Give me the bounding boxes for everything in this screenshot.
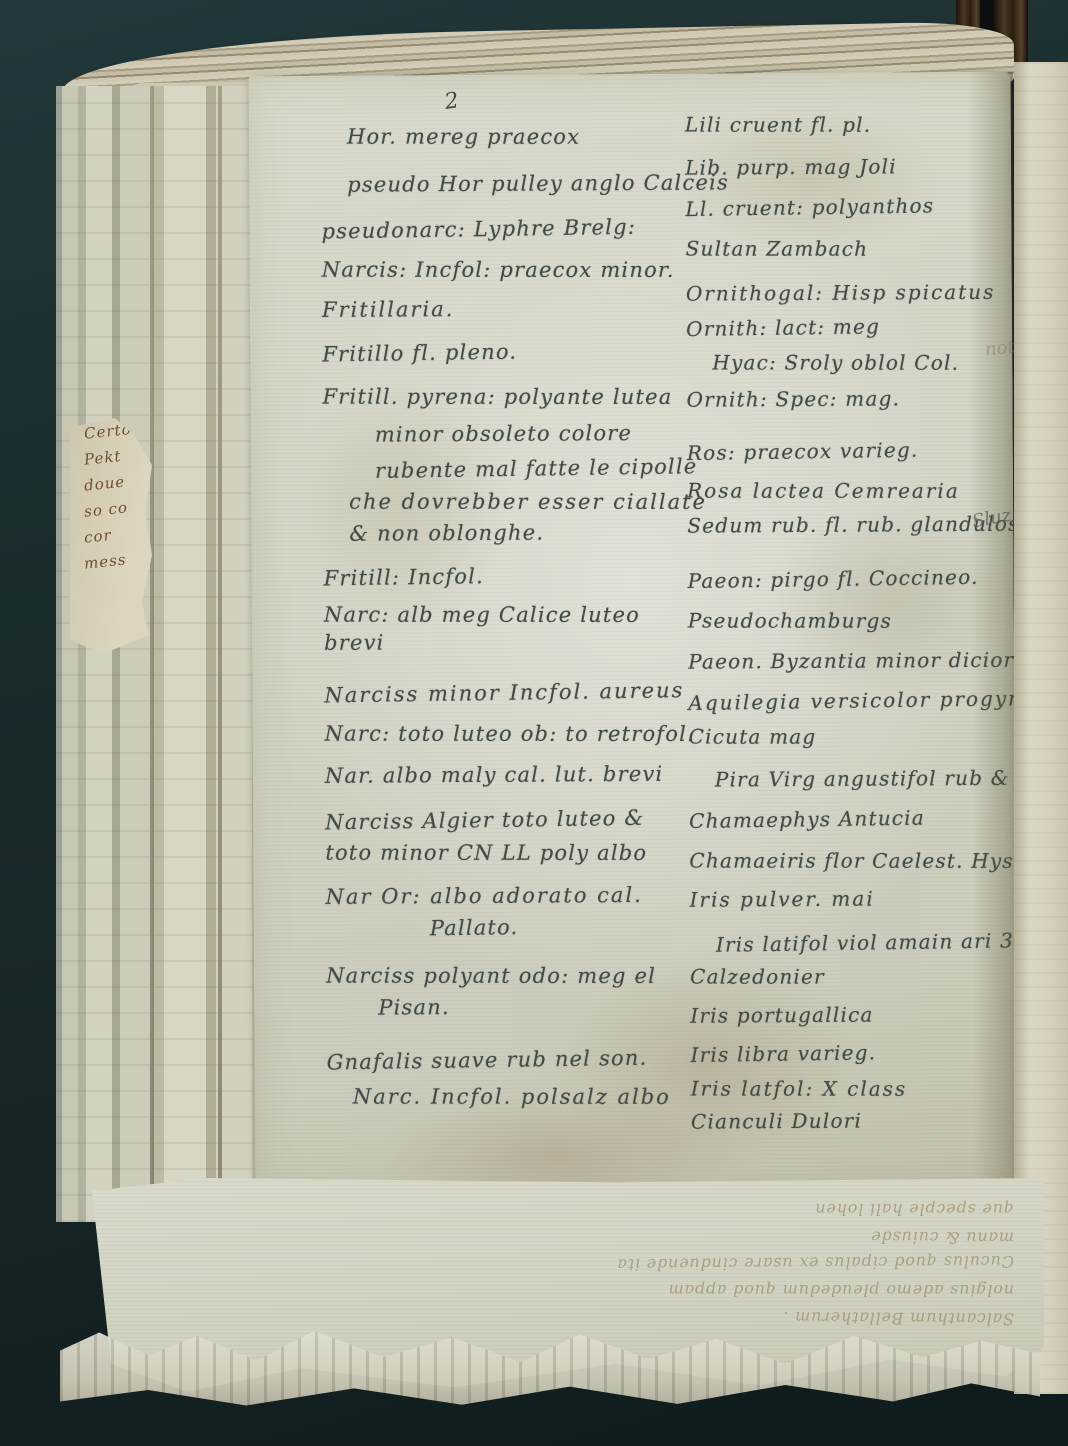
manuscript-line: Iris latifol viol amain ari 3 [716, 922, 1011, 962]
manuscript-line: pseudo Hor pulley anglo Calceis [347, 165, 681, 204]
manuscript-line: Cianculi Dulori [691, 1102, 1011, 1140]
manuscript-line: Ornithogal: Hisp spicatus [686, 274, 1006, 312]
manuscript-line: Ll. cruent: polyanthos [685, 186, 1005, 227]
torn-fragment: CertoPektdoueso cocormess [70, 418, 152, 654]
manuscript-line: Narc: toto luteo ob: to retrofol. [325, 716, 685, 753]
manuscript-line: Iris portugallica [690, 996, 1010, 1034]
manuscript-line: Narc: alb meg Calice luteo [324, 597, 684, 634]
manuscript-line: Gnafalis suave rub nel son. [326, 1039, 687, 1081]
manuscript-line: Pira Virg angustifol rub & alb [715, 760, 1009, 798]
edge-ink-mark: not [984, 337, 1016, 361]
manuscript-line: Iris libra varieg. [690, 1032, 1010, 1073]
left-page-edges [56, 86, 282, 1222]
manuscript-line: Fritill: Incfol. [323, 555, 684, 597]
verso-line: nolgius ademo pleudedum quod appam [544, 1277, 1014, 1304]
verso-line: Salcanthum Bellatherum . [544, 1302, 1014, 1332]
main-page: 2 Hor. mereg praecoxpseudo Hor pulley an… [249, 72, 1018, 1199]
manuscript-photo: CertoPektdoueso cocormess 2 Hor. mereg p… [0, 0, 1068, 1446]
manuscript-line: Ornith: lact: meg [686, 306, 1006, 347]
manuscript-line: Narciss polyant odo: meg el [326, 958, 686, 995]
manuscript-line: Ros: praecox varieg. [687, 430, 1007, 471]
manuscript-line: Sedum rub. fl. rub. glandulosa [687, 506, 1007, 544]
manuscript-line: Fritillaria. [322, 290, 682, 329]
manuscript-line: Calzedonier [690, 959, 1010, 995]
manuscript-line: Narcis: Incfol: praecox minor. [322, 252, 682, 289]
manuscript-line: Lib. purp. mag Joli [685, 148, 1005, 186]
manuscript-line: Aquilegia versicolor progym [688, 680, 1008, 721]
verso-line: Cuculus quod cipalus ex usare cinduende … [544, 1248, 1014, 1279]
manuscript-line: Rosa lactea Cemrearia [687, 473, 1007, 509]
manuscript-line: Chamaephys Antucia [689, 798, 1009, 839]
manuscript-line: Pallato. [430, 907, 687, 948]
manuscript-line: Sultan Zambach [686, 231, 1006, 267]
page-crease [150, 86, 154, 1206]
manuscript-line: Narc. Incfol. polsalz albo [353, 1079, 687, 1116]
manuscript-line: Lili cruent fl. pl. [685, 107, 1005, 143]
verso-line: manu & cuiusde [544, 1221, 1014, 1251]
manuscript-line: che dovrebber esser ciallate [349, 484, 683, 521]
manuscript-line: Hyac: Sroly oblol Col. [712, 344, 1006, 380]
page-number: 2 [443, 88, 460, 115]
manuscript-line: Hor. mereg praecox [347, 119, 681, 156]
page-crease [218, 86, 222, 1206]
manuscript-line: Paeon. Byzantia minor dicior [688, 642, 1008, 680]
manuscript-line: Ornith: Spec: mag. [686, 380, 1006, 418]
manuscript-line: Paeon: pirgo fl. Coccineo. [687, 558, 1007, 599]
manuscript-line: Nar. albo maly cal. lut. brevi [325, 756, 685, 795]
manuscript-line: minor obsoleto colore [375, 415, 683, 454]
manuscript-line: Iris latfol: X class [691, 1071, 1011, 1107]
manuscript-line: Iris pulver. mai [690, 880, 1010, 918]
verso-text-block: Salcanthum Bellatherum .nolgius ademo pl… [544, 1196, 1014, 1331]
left-column: Hor. mereg praecoxpseudo Hor pulley angl… [321, 118, 687, 1117]
manuscript-line: pseudonarc: Lyphre Brelg: [321, 208, 682, 250]
manuscript-line: toto minor CN LL poly albo [325, 835, 685, 872]
verso-line: que specple hali lohen [544, 1196, 1014, 1223]
manuscript-line: Narciss minor Incfol. aureus [324, 672, 685, 714]
manuscript-line: Cicuta mag [689, 719, 1009, 755]
manuscript-line: Fritillo fl. pleno. [322, 331, 683, 373]
manuscript-line: Fritill. pyrena: polyante lutea [323, 379, 683, 416]
manuscript-line: Pseudochamburgs [688, 603, 1008, 639]
right-column: Lili cruent fl. pl.Lib. purp. mag JoliLl… [685, 106, 1011, 1140]
manuscript-line: Chamaeiris flor Caelest. Hys co [689, 843, 1009, 879]
